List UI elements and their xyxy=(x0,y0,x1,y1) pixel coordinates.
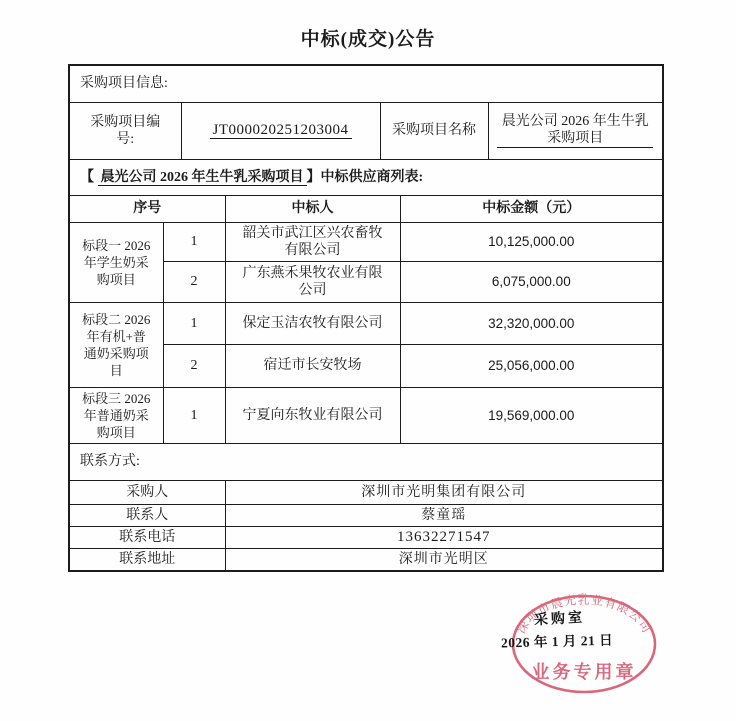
contact-section-label: 联系方式: xyxy=(69,443,663,480)
contact-label: 联系地址 xyxy=(69,548,225,571)
page-title: 中标(成交)公告 xyxy=(0,24,736,51)
stamp-date-text: 2026 年 1 月 21 日 xyxy=(501,629,614,652)
col-header-winner: 中标人 xyxy=(225,195,400,222)
winner-name: 广东燕禾果牧农业有限公司 xyxy=(239,265,387,299)
winner-name-cell: 宿迁市长安牧场 xyxy=(225,344,400,387)
heading-suffix: 】中标供应商列表: xyxy=(307,170,424,185)
col-header-amount: 中标金额（元） xyxy=(400,195,663,222)
contact-value: 13632271547 xyxy=(225,526,663,548)
contact-value: 深圳市光明集团有限公司 xyxy=(225,480,663,504)
supplier-list-heading-row: 【 晨光公司 2026 年生牛乳采购项目】中标供应商列表: xyxy=(69,159,663,195)
bid-amount: 6,075,000.00 xyxy=(400,261,663,302)
segment-1-label: 标段一 2026 年学生奶采购项目 xyxy=(80,237,152,288)
winner-name: 韶关市武江区兴农畜牧有限公司 xyxy=(239,225,387,259)
contact-value: 蔡童瑶 xyxy=(225,504,663,526)
seal-type-text: 业务专用章 xyxy=(532,661,637,682)
contact-row: 联系地址 深圳市光明区 xyxy=(69,548,663,571)
winner-name-cell: 保定玉洁农牧有限公司 xyxy=(225,302,400,344)
winner-name: 宿迁市长安牧场 xyxy=(264,357,362,374)
contact-label: 联系人 xyxy=(69,504,225,526)
contact-label: 联系电话 xyxy=(69,526,225,548)
bid-amount: 19,569,000.00 xyxy=(400,387,663,443)
project-no-label: 采购项目编号: xyxy=(88,114,162,148)
winner-name: 宁夏向东牧业有限公司 xyxy=(243,407,383,424)
project-no-value-cell: JT000020251203004 xyxy=(181,102,380,159)
document-body: 采购项目信息: 采购项目编号: JT000020251203004 采购项目名称… xyxy=(68,64,662,572)
project-info-section-label: 采购项目信息: xyxy=(69,65,663,102)
col-header-no: 序号 xyxy=(69,195,225,222)
row-no: 2 xyxy=(163,344,225,387)
winner-name-cell: 宁夏向东牧业有限公司 xyxy=(225,387,400,443)
table-row: 标段一 2026 年学生奶采购项目 1 韶关市武江区兴农畜牧有限公司 10,12… xyxy=(69,222,663,261)
project-no-label-cell: 采购项目编号: xyxy=(69,102,181,159)
contact-row: 采购人 深圳市光明集团有限公司 xyxy=(69,480,663,504)
bid-amount: 25,056,000.00 xyxy=(400,344,663,387)
table-row: 标段二 2026 年有机+普通奶采购项目 1 保定玉洁农牧有限公司 32,320… xyxy=(69,302,663,344)
project-no-value: JT000020251203004 xyxy=(210,122,352,139)
segment-2-label: 标段二 2026 年有机+普通奶采购项目 xyxy=(80,311,152,379)
contact-row: 联系电话 13632271547 xyxy=(69,526,663,548)
announcement-document: 中标(成交)公告 采购项目信息: 采购项目编号: JT0000202512030… xyxy=(0,0,736,721)
contact-value: 深圳市光明区 xyxy=(225,548,663,571)
section-row-contact: 联系方式: xyxy=(69,443,663,480)
contact-label: 采购人 xyxy=(69,480,225,504)
table-row: 标段三 2026 年普通奶采购项目 1 宁夏向东牧业有限公司 19,569,00… xyxy=(69,387,663,443)
stamp-department-text: 采购室 xyxy=(534,607,586,630)
section-row-project-info: 采购项目信息: xyxy=(69,65,663,102)
announcement-table: 采购项目信息: 采购项目编号: JT000020251203004 采购项目名称… xyxy=(68,64,664,572)
heading-prefix: 【 xyxy=(80,170,98,185)
project-id-row: 采购项目编号: JT000020251203004 采购项目名称 晨光公司 20… xyxy=(69,102,663,159)
project-name-label-cell: 采购项目名称 xyxy=(380,102,488,159)
winner-name: 保定玉洁农牧有限公司 xyxy=(243,315,383,332)
row-no: 1 xyxy=(163,302,225,344)
row-no: 1 xyxy=(163,222,225,261)
row-no: 2 xyxy=(163,261,225,302)
segment-2-label-cell: 标段二 2026 年有机+普通奶采购项目 xyxy=(69,302,163,387)
segment-1-label-cell: 标段一 2026 年学生奶采购项目 xyxy=(69,222,163,302)
winner-name-cell: 广东燕禾果牧农业有限公司 xyxy=(225,261,400,302)
bid-amount: 10,125,000.00 xyxy=(400,222,663,261)
bid-amount: 32,320,000.00 xyxy=(400,302,663,344)
contact-row: 联系人 蔡童瑶 xyxy=(69,504,663,526)
winner-name-cell: 韶关市武江区兴农畜牧有限公司 xyxy=(225,222,400,261)
project-name-value: 晨光公司 2026 年生牛乳采购项目 xyxy=(497,113,653,148)
bid-table-header-row: 序号 中标人 中标金额（元） xyxy=(69,195,663,222)
supplier-list-heading: 【 晨光公司 2026 年生牛乳采购项目】中标供应商列表: xyxy=(69,159,663,195)
project-name-label: 采购项目名称 xyxy=(392,123,476,138)
heading-project-name: 晨光公司 2026 年生牛乳采购项目 xyxy=(98,170,307,186)
segment-3-label: 标段三 2026 年普通奶采购项目 xyxy=(80,390,152,441)
segment-3-label-cell: 标段三 2026 年普通奶采购项目 xyxy=(69,387,163,443)
row-no: 1 xyxy=(163,387,225,443)
project-name-value-cell: 晨光公司 2026 年生牛乳采购项目 xyxy=(488,102,663,159)
